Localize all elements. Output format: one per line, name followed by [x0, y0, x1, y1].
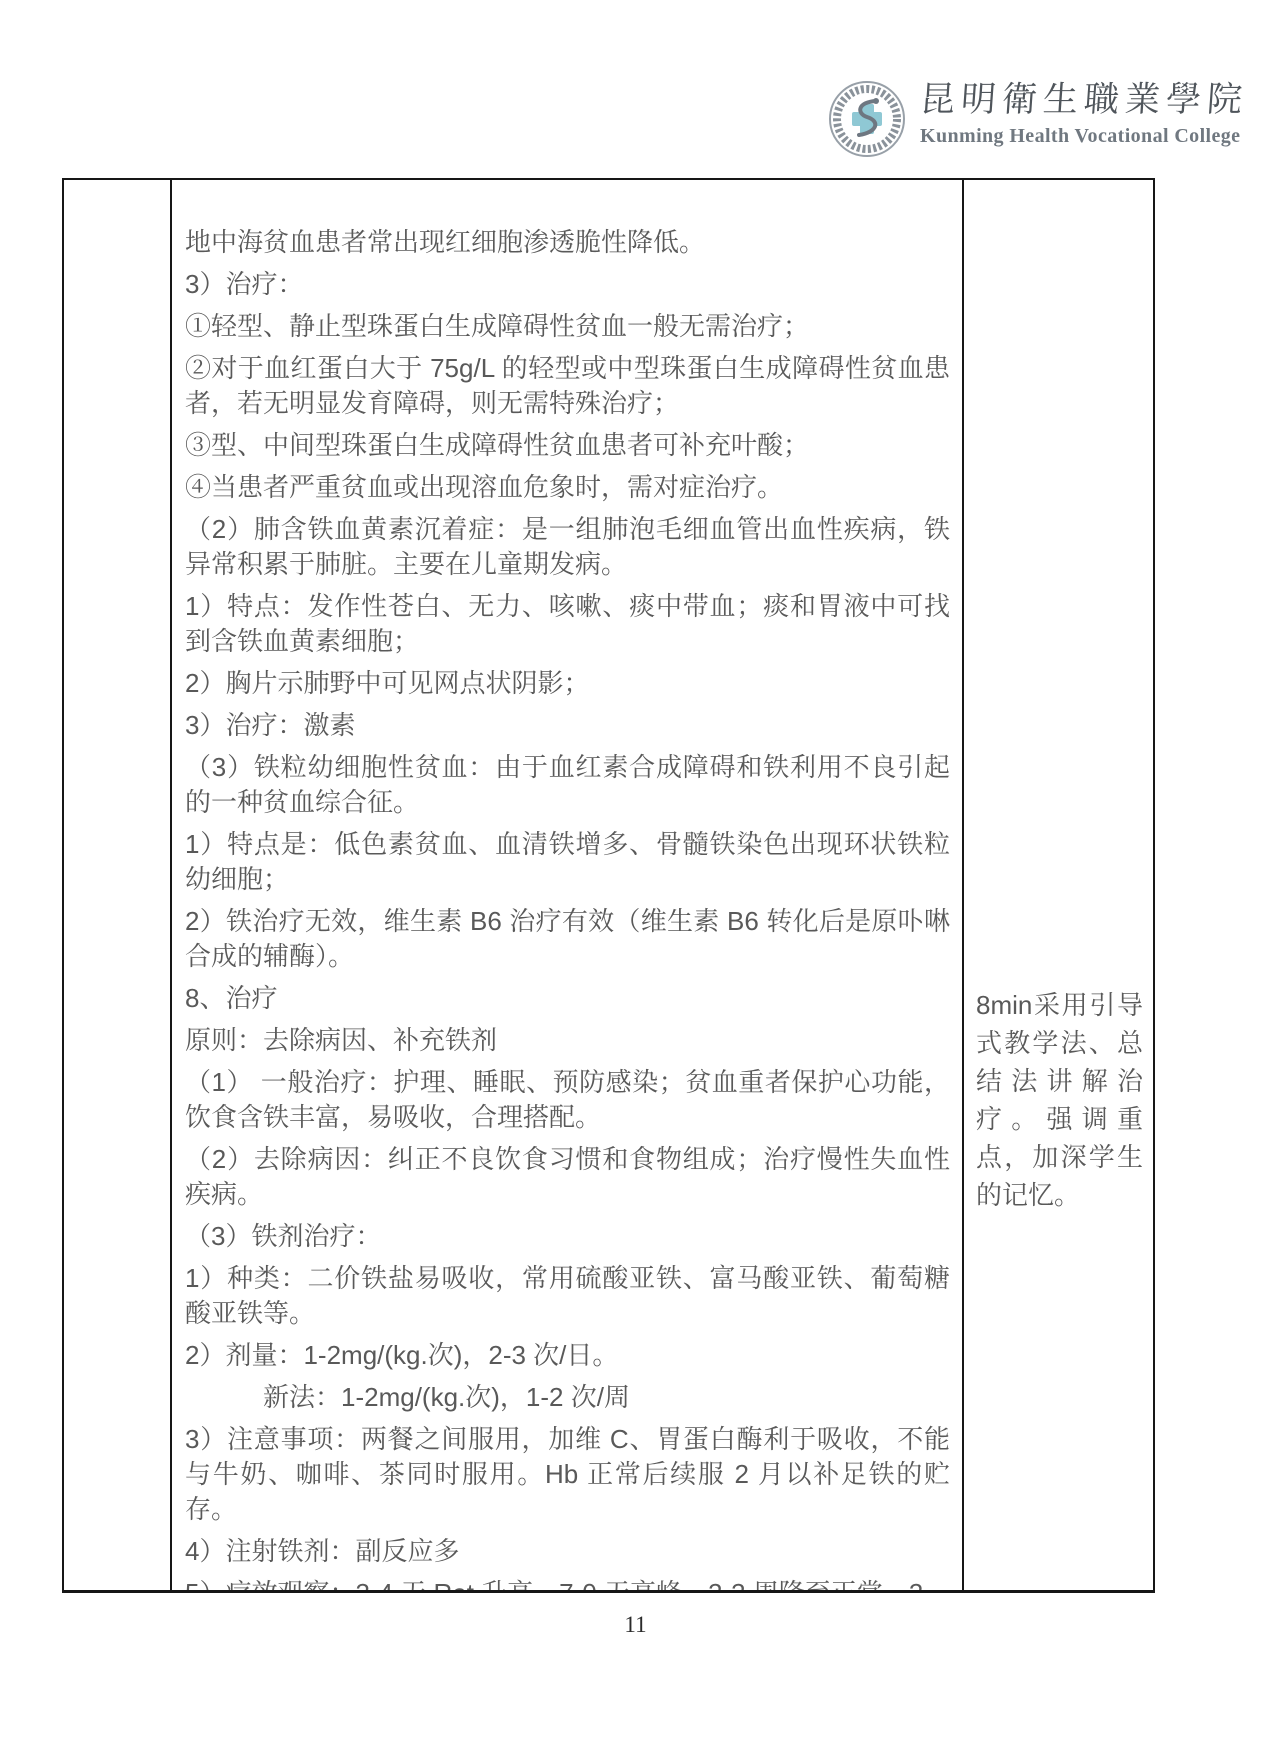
- content-paragraph: 原则：去除病因、补充铁剂: [185, 1023, 950, 1058]
- college-header: 昆明衛生職業學院 Kunming Health Vocational Colle…: [828, 78, 1248, 162]
- content-paragraph: 地中海贫血患者常出现红细胞渗透脆性降低。: [185, 225, 950, 260]
- content-paragraph: （3）铁粒幼细胞性贫血：由于血红素合成障碍和铁利用不良引起的一种贫血综合征。: [185, 750, 950, 820]
- content-paragraph: 5）疗效观察：3-4 天 Ret 升高，7-0 天高峰，2-3 周降至正常。2: [185, 1576, 950, 1590]
- content-paragraph: ①轻型、静止型珠蛋白生成障碍性贫血一般无需治疗；: [185, 309, 950, 344]
- content-paragraph: 3）注意事项：两餐之间服用，加维 C、胃蛋白酶利于吸收，不能与牛奶、咖啡、茶同时…: [185, 1422, 950, 1527]
- table-cell-teaching-method: 8min采用引导式教学法、总结法讲解治疗。强调重点，加深学生的记忆。: [964, 180, 1153, 1590]
- lesson-content: 地中海贫血患者常出现红细胞渗透脆性降低。3）治疗：①轻型、静止型珠蛋白生成障碍性…: [185, 225, 950, 1590]
- page-number: 11: [0, 1612, 1271, 1638]
- content-paragraph: 1）特点：发作性苍白、无力、咳嗽、痰中带血；痰和胃液中可找到含铁血黄素细胞；: [185, 589, 950, 659]
- content-paragraph: 8、治疗: [185, 981, 950, 1016]
- teaching-method-note: 8min采用引导式教学法、总结法讲解治疗。强调重点，加深学生的记忆。: [976, 986, 1143, 1214]
- content-paragraph: （3）铁剂治疗：: [185, 1219, 950, 1254]
- content-paragraph: ②对于血红蛋白大于 75g/L 的轻型或中型珠蛋白生成障碍性贫血患者，若无明显发…: [185, 351, 950, 421]
- content-paragraph: 4）注射铁剂：副反应多: [185, 1534, 950, 1569]
- content-paragraph: 1）种类：二价铁盐易吸收，常用硫酸亚铁、富马酸亚铁、葡萄糖酸亚铁等。: [185, 1261, 950, 1331]
- content-paragraph: ④当患者严重贫血或出现溶血危象时，需对症治疗。: [185, 470, 950, 505]
- content-paragraph: 1）特点是：低色素贫血、血清铁增多、骨髓铁染色出现环状铁粒幼细胞；: [185, 827, 950, 897]
- document-page: 昆明衛生職業學院 Kunming Health Vocational Colle…: [0, 0, 1271, 1763]
- content-paragraph: 2）胸片示肺野中可见网点状阴影；: [185, 666, 950, 701]
- content-paragraph: 新法：1-2mg/(kg.次)，1-2 次/周: [185, 1380, 950, 1415]
- content-paragraph: 2）剂量：1-2mg/(kg.次)，2-3 次/日。: [185, 1338, 950, 1373]
- content-paragraph: （2）肺含铁血黄素沉着症：是一组肺泡毛细血管出血性疾病，铁异常积累于肺脏。主要在…: [185, 512, 950, 582]
- table-cell-content: 地中海贫血患者常出现红细胞渗透脆性降低。3）治疗：①轻型、静止型珠蛋白生成障碍性…: [172, 180, 964, 1590]
- table-cell-left-margin: [64, 180, 172, 1590]
- lesson-plan-table: 地中海贫血患者常出现红细胞渗透脆性降低。3）治疗：①轻型、静止型珠蛋白生成障碍性…: [62, 178, 1155, 1593]
- college-titles: 昆明衛生職業學院 Kunming Health Vocational Colle…: [920, 78, 1248, 148]
- content-paragraph: 3）治疗：激素: [185, 708, 950, 743]
- content-paragraph: ③型、中间型珠蛋白生成障碍性贫血患者可补充叶酸；: [185, 428, 950, 463]
- college-name-en: Kunming Health Vocational College: [920, 124, 1248, 148]
- content-paragraph: （1） 一般治疗：护理、睡眠、预防感染；贫血重者保护心功能，饮食含铁丰富，易吸收…: [185, 1065, 950, 1135]
- content-paragraph: 3）治疗：: [185, 267, 950, 302]
- content-paragraph: 2）铁治疗无效，维生素 B6 治疗有效（维生素 B6 转化后是原卟啉合成的辅酶）…: [185, 904, 950, 974]
- college-seal-icon: [828, 80, 906, 158]
- college-name-zh: 昆明衛生職業學院: [918, 78, 1249, 122]
- content-paragraph: （2）去除病因：纠正不良饮食习惯和食物组成；治疗慢性失血性疾病。: [185, 1142, 950, 1212]
